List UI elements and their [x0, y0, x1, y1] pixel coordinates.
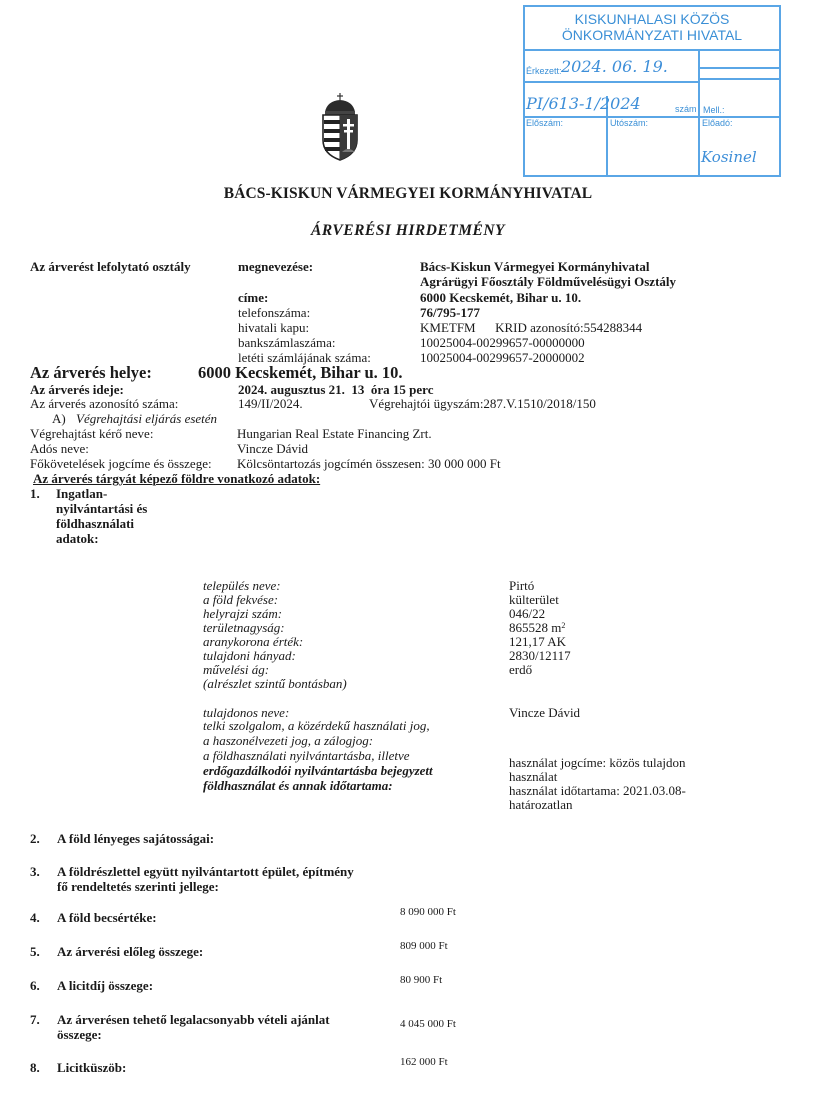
- land-detail-label: település neve:: [203, 578, 281, 593]
- deposit-account-value: 10025004-00299657-20000002: [420, 350, 585, 365]
- auction-id-value: 149/II/2024.: [238, 396, 303, 411]
- land-detail-value: 046/22: [509, 606, 545, 621]
- phone-value: 76/795-177: [420, 305, 480, 320]
- department-name-label: megnevezése:: [238, 259, 313, 274]
- item-value: 809 000 Ft: [400, 940, 448, 952]
- enforcement-heading-prefix: A): [52, 411, 66, 426]
- usage-value-line4: határozatlan: [509, 797, 573, 812]
- rights-label-line3: a földhasználati nyilvántartásba, illetv…: [203, 748, 410, 763]
- land-detail-label: aranykorona érték:: [203, 634, 303, 649]
- land-detail-label: a föld fekvése:: [203, 592, 278, 607]
- item-1-title-line2: nyilvántartási és: [56, 501, 147, 516]
- land-detail-value-text: 046/22: [509, 606, 545, 621]
- item-label: Az árverési előleg összege:: [57, 944, 203, 959]
- bank-account-label: bankszámlaszáma:: [238, 335, 335, 350]
- item-label: Licitküszöb:: [57, 1060, 126, 1075]
- rights-label-line1: telki szolgalom, a közérdekű használati …: [203, 718, 430, 733]
- document-title: ÁRVERÉSI HIRDETMÉNY: [0, 222, 816, 240]
- stamp-received-label: Érkezett:: [526, 66, 562, 76]
- stamp-received-value: 2024. 06. 19.: [561, 57, 668, 76]
- auction-place-value: 6000 Kecskemét, Bihar u. 10.: [198, 364, 403, 382]
- item-label: fő rendeltetés szerinti jellege:: [57, 879, 219, 894]
- department-name-line2: Agrárügyi Főosztály Földművelésügyi Oszt…: [420, 274, 676, 289]
- item-label: Az árverésen tehető legalacsonyabb vétel…: [57, 1012, 330, 1027]
- item-1-title-line4: adatok:: [56, 531, 99, 546]
- item-value: 8 090 000 Ft: [400, 906, 456, 918]
- auction-time-value: 2024. augusztus 21. 13 óra 15 perc: [238, 382, 433, 397]
- claim-label: Főkövetelések jogcíme és összege:: [30, 456, 212, 471]
- address-value: 6000 Kecskemét, Bihar u. 10.: [420, 290, 581, 305]
- land-detail-value-text: erdő: [509, 662, 532, 677]
- item-label: összege:: [57, 1027, 102, 1042]
- stamp-file-number: PI/613-1/2024: [526, 94, 641, 113]
- office-gate-label: hivatali kapu:: [238, 320, 309, 335]
- address-label: címe:: [238, 290, 268, 305]
- stamp-previous-number-label: Előszám:: [526, 118, 563, 128]
- stamp-officer-signature: Kosinel: [701, 148, 757, 166]
- land-detail-value: erdő: [509, 662, 532, 677]
- stamp-office-line2: ÖNKORMÁNYZATI HIVATAL: [523, 27, 781, 43]
- phone-label: telefonszáma:: [238, 305, 310, 320]
- auction-place-label: Az árverés helye:: [30, 364, 152, 382]
- item-number: 7.: [30, 1012, 40, 1027]
- stamp-next-number-label: Utószám:: [610, 118, 648, 128]
- usage-value-line1: használat jogcíme: közös tulajdon: [509, 755, 686, 770]
- rights-label-line2: a haszonélvezeti jog, a zálogjog:: [203, 733, 373, 748]
- land-detail-value-text: 865528 m: [509, 620, 561, 635]
- land-detail-value: Pirtó: [509, 578, 534, 593]
- office-gate-value: KMETFM KRID azonosító:554288344: [420, 320, 642, 335]
- stamp-officer-label: Előadó:: [702, 118, 733, 128]
- stamp-office-line1: KISKUNHALASI KÖZÖS: [523, 11, 781, 27]
- item-number: 6.: [30, 978, 40, 993]
- unit-superscript: 2: [561, 621, 565, 630]
- department-name-line1: Bács-Kiskun Vármegyei Kormányhivatal: [420, 259, 649, 274]
- item-label: A földrészlettel együtt nyilvántartott é…: [57, 864, 354, 879]
- land-section-heading-text: Az árverés tárgyát képező földre vonatko…: [33, 471, 320, 486]
- auction-time-label: Az árverés ideje:: [30, 382, 124, 397]
- item-1-number: 1.: [30, 486, 40, 501]
- land-detail-value: 2830/12117: [509, 648, 571, 663]
- stamp-attachments-label: Mell.:: [703, 105, 725, 115]
- land-detail-value: 865528 m2: [509, 620, 565, 635]
- item-label: A föld lényeges sajátosságai:: [57, 831, 214, 846]
- item-value: 4 045 000 Ft: [400, 1018, 456, 1030]
- item-number: 2.: [30, 831, 40, 846]
- registry-stamp: KISKUNHALASI KÖZÖS ÖNKORMÁNYZATI HIVATAL…: [523, 5, 781, 176]
- auction-id-label: Az árverés azonosító száma:: [30, 396, 178, 411]
- land-detail-label: művelési ág:: [203, 662, 269, 677]
- land-detail-label: helyrajzi szám:: [203, 606, 282, 621]
- land-detail-value-text: 2830/12117: [509, 648, 571, 663]
- item-number: 4.: [30, 910, 40, 925]
- hungarian-coat-of-arms-icon: [315, 92, 365, 162]
- rights-label-line4: erdőgazdálkodói nyilvántartásba bejegyze…: [203, 763, 433, 778]
- usage-value-line2: használat: [509, 769, 557, 784]
- land-detail-value-text: Pirtó: [509, 578, 534, 593]
- item-value: 162 000 Ft: [400, 1056, 448, 1068]
- land-detail-label: területnagyság:: [203, 620, 285, 635]
- item-number: 8.: [30, 1060, 40, 1075]
- item-1-title-line3: földhasználati: [56, 516, 134, 531]
- creditor-label: Végrehajtást kérő neve:: [30, 426, 153, 441]
- enforcement-heading: Végrehajtási eljárás esetén: [76, 411, 217, 426]
- usage-value-line3: használat időtartama: 2021.03.08-: [509, 783, 686, 798]
- stamp-file-number-suffix: szám: [675, 104, 697, 114]
- bank-account-value: 10025004-00299657-00000000: [420, 335, 585, 350]
- item-1-title-line1: Ingatlan-: [56, 486, 107, 501]
- item-value: 80 900 Ft: [400, 974, 442, 986]
- land-detail-value-text: Vincze Dávid: [509, 705, 580, 720]
- land-detail-value: külterület: [509, 592, 559, 607]
- land-detail-label: tulajdoni hányad:: [203, 648, 296, 663]
- enforcement-case-number: Végrehajtói ügyszám:287.V.1510/2018/150: [369, 396, 596, 411]
- item-label: A föld becsértéke:: [57, 910, 157, 925]
- item-number: 5.: [30, 944, 40, 959]
- item-number: 3.: [30, 864, 40, 879]
- creditor-value: Hungarian Real Estate Financing Zrt.: [237, 426, 432, 441]
- land-detail-value-text: 121,17 AK: [509, 634, 566, 649]
- land-section-heading: Az árverés tárgyát képező földre vonatko…: [33, 471, 320, 486]
- debtor-value: Vincze Dávid: [237, 441, 308, 456]
- land-detail-value: Vincze Dávid: [509, 705, 580, 720]
- debtor-label: Adós neve:: [30, 441, 89, 456]
- land-detail-value: 121,17 AK: [509, 634, 566, 649]
- land-detail-value-text: külterület: [509, 592, 559, 607]
- authority-name: BÁCS-KISKUN VÁRMEGYEI KORMÁNYHIVATAL: [0, 185, 816, 203]
- land-detail-label: (alrészlet szintű bontásban): [203, 676, 347, 691]
- rights-label-line5: földhasználat és annak időtartama:: [203, 778, 393, 793]
- item-label: A licitdíj összege:: [57, 978, 153, 993]
- claim-value: Kölcsöntartozás jogcímén összesen: 30 00…: [237, 456, 501, 471]
- department-section-label: Az árverést lefolytató osztály: [30, 259, 191, 274]
